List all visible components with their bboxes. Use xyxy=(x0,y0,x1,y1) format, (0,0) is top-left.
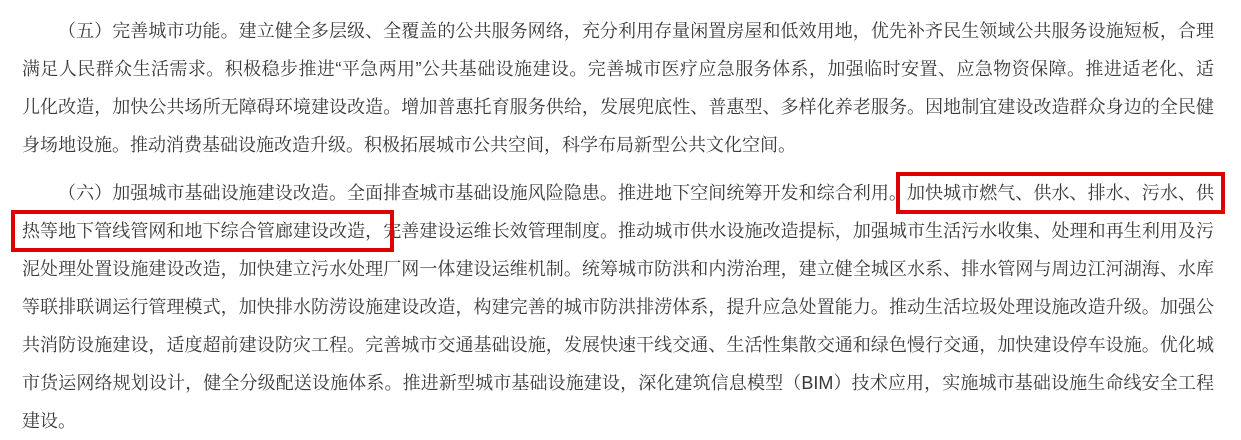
paragraph-section-6: （六）加强城市基础设施建设改造。全面排查城市基础设施风险隐患。推进地下空间统筹开… xyxy=(22,174,1214,440)
text-segment: 建设。 xyxy=(22,411,76,431)
text-segment: （六）加强城市基础设施建设改造。全面排查城市基础设施风险隐患。推进地下空间统筹开… xyxy=(58,183,907,203)
policy-text: （五）完善城市功能。建立健全多层级、全覆盖的公共服务网络，充分利用存量闲置房屋和… xyxy=(22,12,1214,440)
text-line: 满足人民群众生活需求。积极稳步推进“平急两用”公共基础设施建设。完善城市医疗应急… xyxy=(22,50,1214,88)
text-line: 儿化改造，加快公共场所无障碍环境建设改造。增加普惠托育服务供给，发展兜底性、普惠… xyxy=(22,88,1214,126)
text-segment: 儿化改造，加快公共场所无障碍环境建设改造。增加普惠托育服务供给，发展兜底性、普惠… xyxy=(22,97,1214,117)
text-line: 共消防设施建设，适度超前建设防灾工程。完善城市交通基础设施，发展快速干线交通、生… xyxy=(22,326,1214,364)
highlighted-text: 热等地下管线管网和地下综合管廊建设改造， xyxy=(22,221,383,241)
highlighted-text: 加快城市燃气、供水、排水、污水、供 xyxy=(907,183,1214,203)
text-segment: 身场地设施。推动消费基础设施改造升级。积极拓展城市公共空间，科学布局新型公共文化… xyxy=(22,135,796,155)
text-segment: 等联排联调运行管理模式，加快排水防涝设施建设改造，构建完善的城市防洪排涝体系，提… xyxy=(22,297,1214,317)
text-line: 泥处理处置设施建设改造，加快建立污水处理厂网一体建设运维机制。统筹城市防洪和内涝… xyxy=(22,250,1214,288)
paragraph-section-5: （五）完善城市功能。建立健全多层级、全覆盖的公共服务网络，充分利用存量闲置房屋和… xyxy=(22,12,1214,164)
text-line: 等联排联调运行管理模式，加快排水防涝设施建设改造，构建完善的城市防洪排涝体系，提… xyxy=(22,288,1214,326)
document-page: （五）完善城市功能。建立健全多层级、全覆盖的公共服务网络，充分利用存量闲置房屋和… xyxy=(0,0,1241,440)
text-segment: 泥处理处置设施建设改造，加快建立污水处理厂网一体建设运维机制。统筹城市防洪和内涝… xyxy=(22,259,1214,279)
text-segment: （五）完善城市功能。建立健全多层级、全覆盖的公共服务网络，充分利用存量闲置房屋和… xyxy=(58,21,1214,41)
text-line: 身场地设施。推动消费基础设施改造升级。积极拓展城市公共空间，科学布局新型公共文化… xyxy=(22,126,1214,164)
text-segment: 完善建设运维长效管理制度。推动城市供水设施改造提标，加强城市生活污水收集、处理和… xyxy=(383,221,1214,241)
text-line: 热等地下管线管网和地下综合管廊建设改造，完善建设运维长效管理制度。推动城市供水设… xyxy=(22,212,1214,250)
text-segment: 市货运网络规划设计，健全分级配送设施体系。推进新型城市基础设施建设，深化建筑信息… xyxy=(22,373,1214,393)
text-line: （六）加强城市基础设施建设改造。全面排查城市基础设施风险隐患。推进地下空间统筹开… xyxy=(22,174,1214,212)
text-segment: 共消防设施建设，适度超前建设防灾工程。完善城市交通基础设施，发展快速干线交通、生… xyxy=(22,335,1214,355)
text-line: 市货运网络规划设计，健全分级配送设施体系。推进新型城市基础设施建设，深化建筑信息… xyxy=(22,364,1214,402)
text-line: 建设。 xyxy=(22,402,1214,440)
text-segment: 满足人民群众生活需求。积极稳步推进“平急两用”公共基础设施建设。完善城市医疗应急… xyxy=(22,59,1214,79)
text-line: （五）完善城市功能。建立健全多层级、全覆盖的公共服务网络，充分利用存量闲置房屋和… xyxy=(22,12,1214,50)
